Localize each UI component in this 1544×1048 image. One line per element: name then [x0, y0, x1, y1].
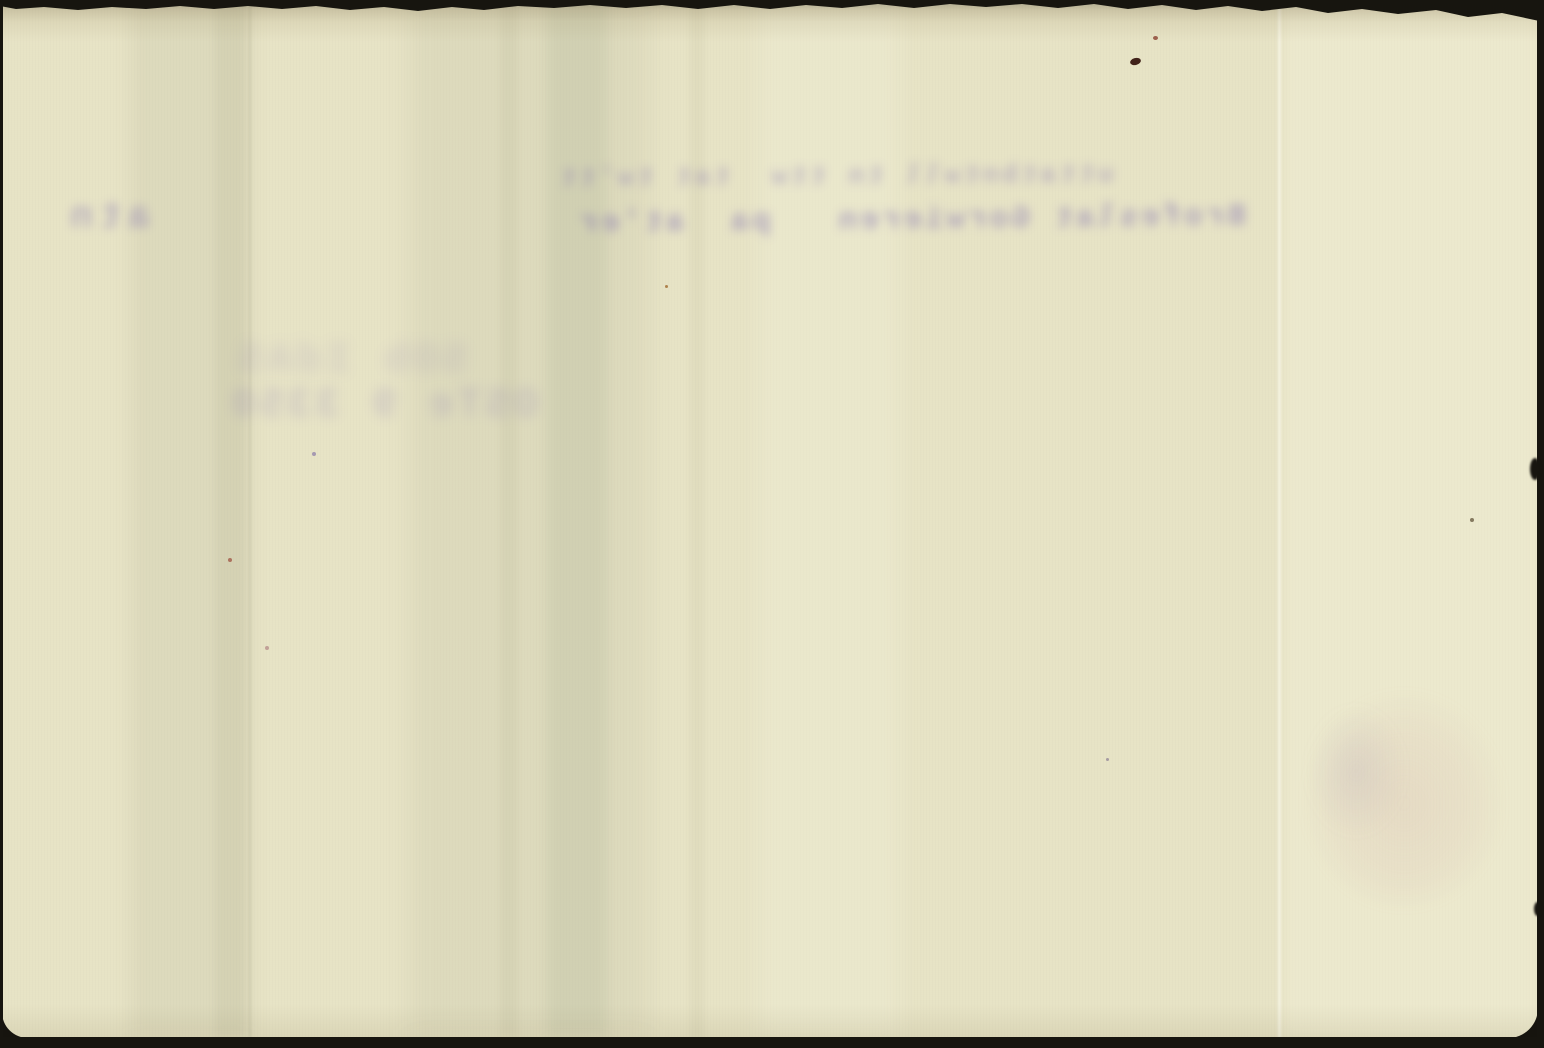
stamp-smudge-violet	[1308, 706, 1404, 836]
scan-edge-bottom	[0, 1037, 1544, 1048]
top-edge-shadow	[2, 0, 1538, 42]
vertical-streak	[410, 0, 648, 1038]
ink-bleed-block-line-2: OSTe 9 3350	[228, 381, 538, 429]
stamp-smudge	[1304, 692, 1504, 906]
paper-sheet: atn uttatbntwll tn ttw tat tw'tt Brofesl…	[2, 0, 1538, 1038]
paper-speck	[665, 285, 668, 288]
vertical-streak	[1284, 0, 1538, 1038]
scan-edge-right	[1537, 0, 1544, 1048]
paper-speck	[265, 646, 269, 650]
fold-line	[1278, 0, 1281, 1038]
bottom-edge-shadow	[2, 1004, 1538, 1038]
paper-speck	[1470, 518, 1474, 522]
fold-line	[249, 0, 251, 1038]
paper-speck	[1153, 36, 1158, 40]
paper-speck	[1129, 57, 1141, 67]
ink-bleed-line-2: Brofeslat Gorwieren pa at'er	[554, 199, 1246, 241]
vertical-streak	[547, 0, 607, 1038]
paper-speck	[1106, 758, 1109, 761]
ink-bleed-left-fragment: atn	[64, 196, 150, 239]
vertical-streak	[130, 0, 252, 1038]
scanned-card-back: atn uttatbntwll tn ttw tat tw'tt Brofesl…	[0, 0, 1544, 1048]
vertical-streak	[500, 0, 518, 1038]
ink-bleed-block-line-1: SOb IdAS	[234, 336, 468, 384]
ink-bleed-line-1: uttatbntwll tn ttw tat tw'tt	[398, 161, 1114, 196]
vertical-streak	[215, 0, 247, 1038]
paper-speck	[228, 558, 232, 562]
paper-speck	[312, 452, 316, 456]
vertical-streak	[758, 0, 900, 1038]
vertical-streak	[690, 0, 704, 1038]
